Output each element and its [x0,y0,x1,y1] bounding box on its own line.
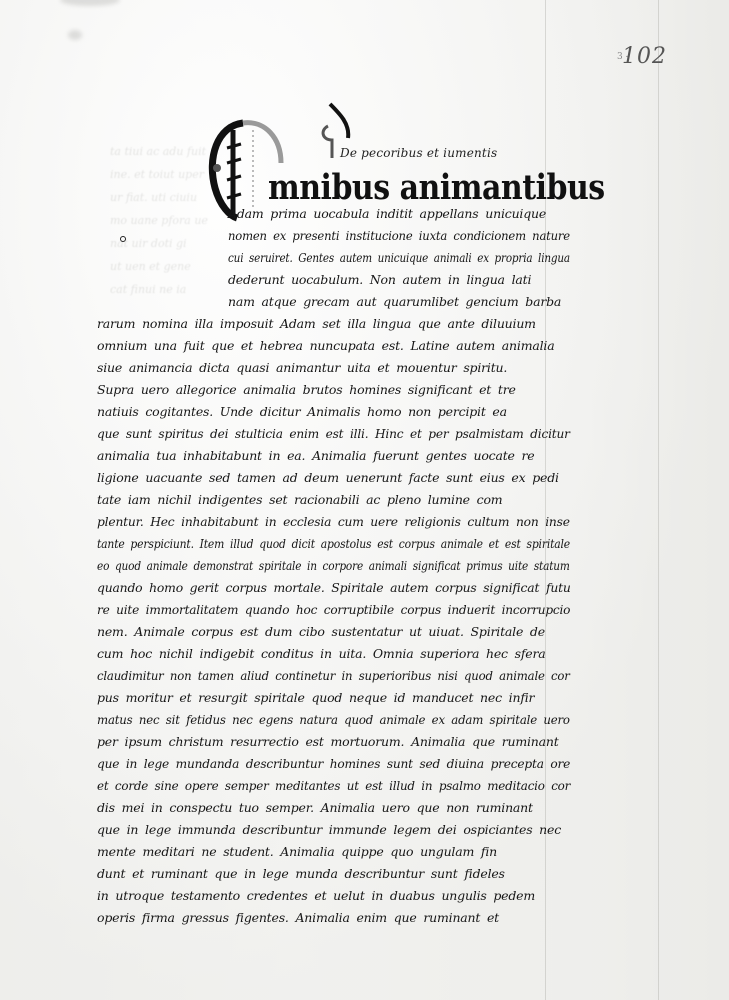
text-line: nam atque grecam aut quarumlibet gencium… [228,294,561,309]
text-line: siue animancia dicta quasi animantur uit… [97,360,507,375]
text-line: quando homo gerit corpus mortale. Spirit… [97,580,571,595]
text-line: Supra uero allegorice animalia brutos ho… [97,382,516,397]
incipit-heading: mnibus animantibus [268,168,605,208]
folio-number: 102 [622,44,667,69]
text-line: dunt et ruminant que in lege munda descr… [97,866,505,881]
text-line: nomen ex presenti institucione iuxta con… [228,228,570,243]
text-line: eo quod animale demonstrat spiritale in … [97,558,570,573]
text-line: rarum nomina illa imposuit Adam set illa… [97,316,536,331]
text-line: Adam prima uocabula inditit appellans un… [228,206,546,221]
text-line: que sunt spiritus dei stulticia enim est… [97,426,570,441]
text-line: tate iam nichil indigentes set racionabi… [97,492,502,507]
text-line: ligione uacuante sed tamen ad deum uener… [97,470,559,485]
ruling-line [545,0,546,1000]
text-line: cum hoc nichil indigebit conditus in uit… [97,646,546,661]
text-line: pus moritur et resurgit spiritale quod n… [97,690,534,705]
text-line: in utroque testamento credentes et uelut… [97,888,535,903]
text-line: omnium una fuit que et hebrea nuncupata … [97,338,554,353]
text-line: mente meditari ne student. Animalia quip… [97,844,497,859]
text-line: plentur. Hec inhabitabunt in ecclesia cu… [97,514,570,529]
text-line: que in lege immunda describuntur immunde… [97,822,561,837]
text-line: re uite immortalitatem quando hoc corrup… [97,602,570,617]
text-line: natiuis cogitantes. Unde dicitur Animali… [97,404,507,419]
page-stain [60,0,120,6]
text-line: dis mei in conspectu tuo semper. Animali… [97,800,533,815]
text-line: dederunt uocabulum. Non autem in lingua … [228,272,531,287]
manuscript-page: ta tiui ac adu fuit ine. et toiut uper u… [0,0,729,1000]
text-line: et corde sine opere semper meditantes ut… [97,778,570,793]
text-line: tante perspiciunt. Item illud quod dicit… [97,536,570,551]
text-line: per ipsum christum resurrectio est mortu… [97,734,559,749]
text-line: cui seruiret. Gentes autem unicuique ani… [228,250,570,265]
text-line: nem. Animale corpus est dum cibo sustent… [97,624,545,639]
rubric: De pecoribus et iumentis [340,146,497,160]
page-stain [68,30,82,40]
text-line: operis firma gressus figentes. Animalia … [97,910,499,925]
text-line: claudimitur non tamen aliud continetur i… [97,668,570,683]
ink-bleed-through: ta tiui ac adu fuit ine. et toiut uper u… [110,140,220,301]
ruling-line [658,0,659,1000]
text-line: animalia tua inhabitabunt in ea. Animali… [97,448,534,463]
text-line: matus nec sit fetidus nec egens natura q… [97,712,570,727]
text-line: que in lege mundanda describuntur homine… [97,756,570,771]
margin-dot [120,236,126,242]
